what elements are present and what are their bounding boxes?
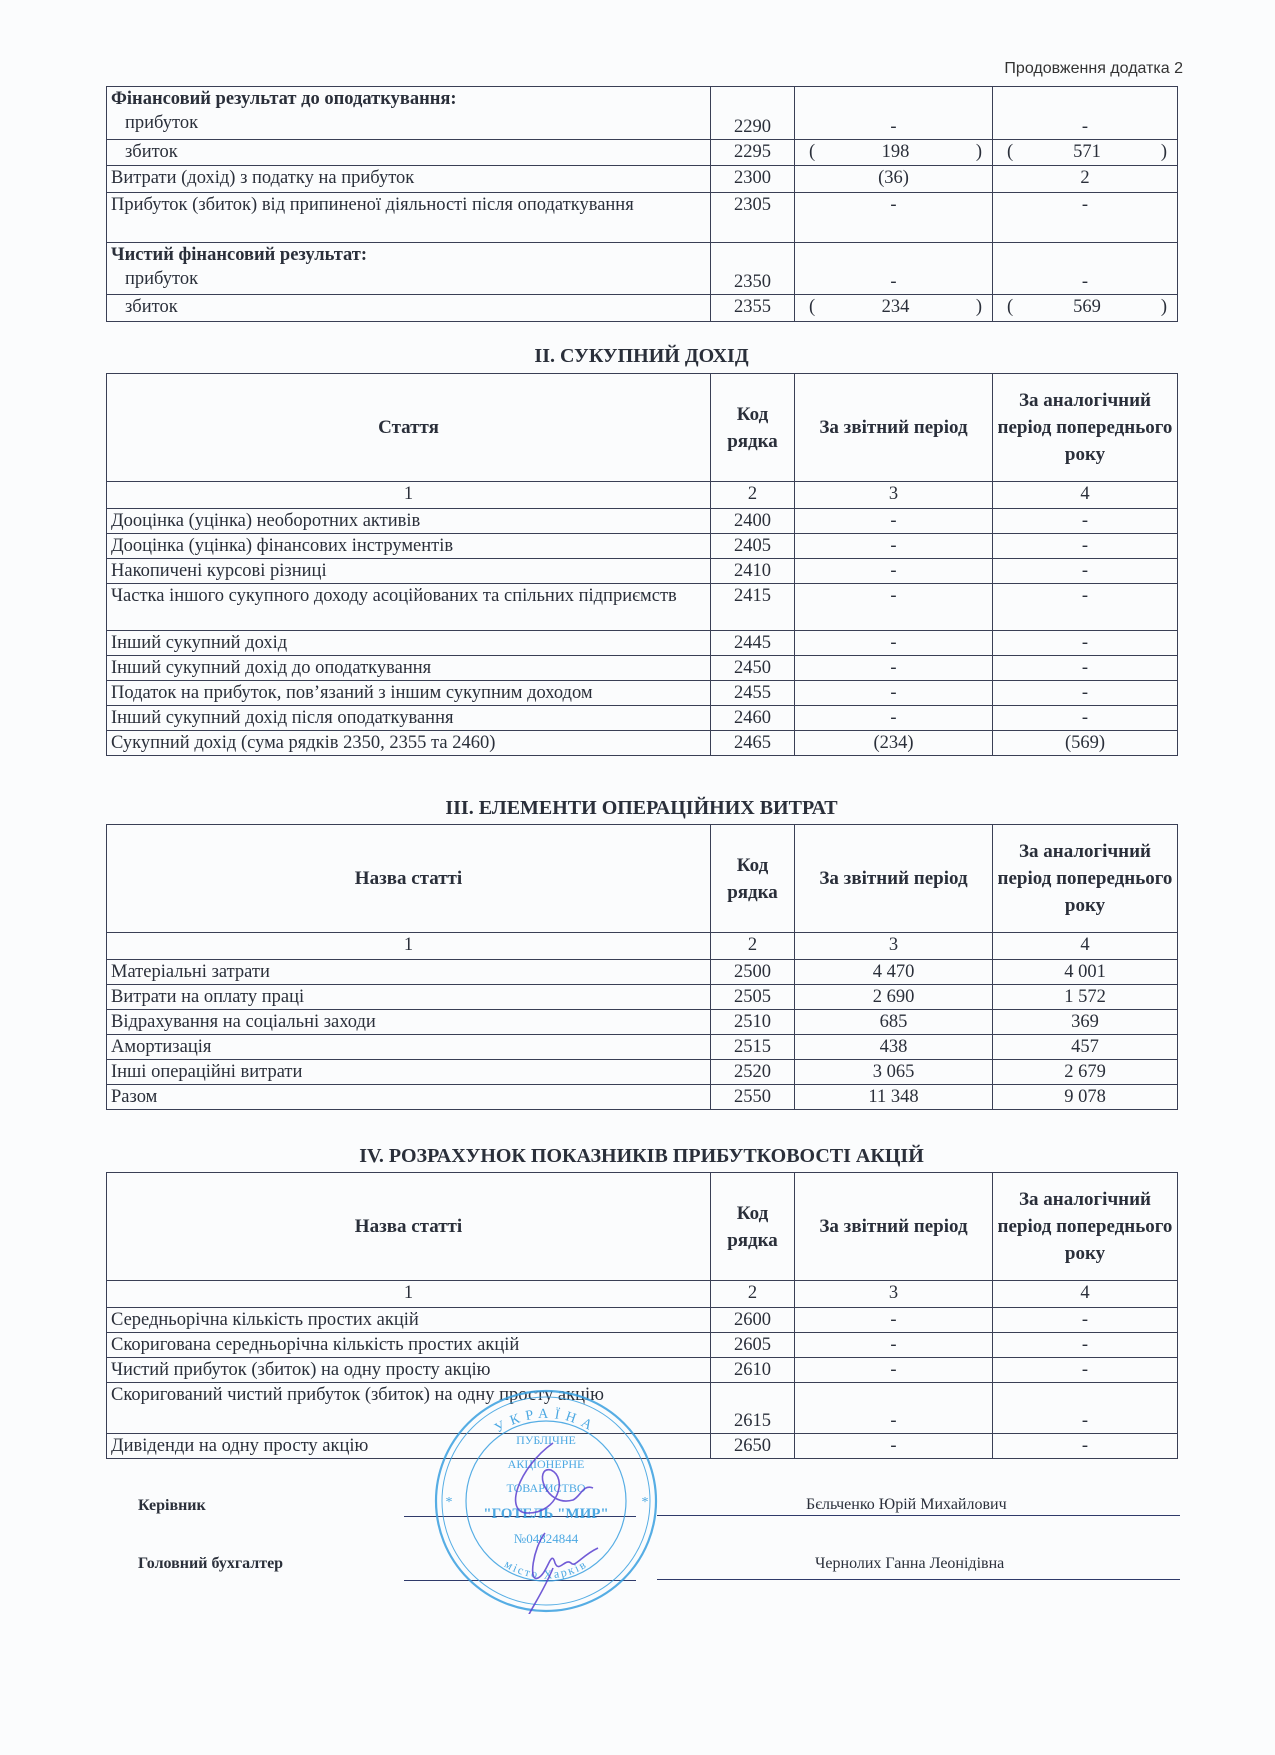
row-code: 2295 [711, 140, 795, 166]
row-value-previous: - [993, 706, 1178, 731]
share-profitability-table: Назва статті Код рядка За звітний період… [106, 1172, 1178, 1459]
row-code: 2305 [711, 193, 795, 243]
table-row: Скоригована середньорічна кількість прос… [107, 1333, 1178, 1358]
row-value-current: 438 [795, 1035, 993, 1060]
section-3-title: III. ЕЛЕМЕНТИ ОПЕРАЦІЙНИХ ВИТРАТ [106, 797, 1177, 820]
row-value-current: - [795, 1383, 993, 1434]
row-code: 2350 [711, 243, 795, 295]
row-label: Інший сукупний дохід до оподаткування [107, 656, 711, 681]
header-previous-period: За аналогічний період попереднього року [993, 374, 1178, 482]
row-value-current: - [795, 509, 993, 534]
table-row: Дивіденди на одну просту акцію2650-- [107, 1434, 1178, 1459]
row-value-previous: (569) [993, 295, 1178, 322]
row-label-cell: Прибуток (збиток) від припиненої діяльно… [107, 193, 711, 243]
accountant-signature-line [404, 1580, 636, 1581]
row-label: Частка іншого сукупного доходу асоційова… [107, 584, 711, 631]
accountant-name-line [657, 1579, 1180, 1580]
row-value-previous: 4 001 [993, 960, 1178, 985]
row-value-previous: - [993, 1434, 1178, 1459]
row-code: 2515 [711, 1035, 795, 1060]
table-row: Частка іншого сукупного доходу асоційова… [107, 584, 1178, 631]
row-value-current: - [795, 584, 993, 631]
table-row: Накопичені курсові різниці2410-- [107, 559, 1178, 584]
svg-text:*: * [446, 1495, 453, 1510]
column-number: 1 [107, 482, 711, 509]
table-row: Податок на прибуток, пов’язаний з іншим … [107, 681, 1178, 706]
table-row: Середньорічна кількість простих акцій260… [107, 1308, 1178, 1333]
row-value-current: - [795, 534, 993, 559]
row-value-current: - [795, 656, 993, 681]
value: 234 [882, 295, 910, 319]
column-number: 4 [993, 1281, 1178, 1308]
header-current-period: За звітний період [795, 1173, 993, 1281]
row-code: 2610 [711, 1358, 795, 1383]
row-code: 2355 [711, 295, 795, 322]
row-label: Витрати (дохід) з податку на прибуток [111, 166, 706, 190]
row-label: Чистий прибуток (збиток) на одну просту … [107, 1358, 711, 1383]
row-value-previous: 457 [993, 1035, 1178, 1060]
row-value-previous: - [993, 243, 1178, 295]
table-row: Амортизація2515438457 [107, 1035, 1178, 1060]
table-row: Фінансовий результат до оподаткування:пр… [107, 87, 1178, 140]
header-previous-period: За аналогічний період попереднього року [993, 825, 1178, 933]
row-value-current: 2 690 [795, 985, 993, 1010]
row-label: Прибуток (збиток) від припиненої діяльно… [111, 193, 706, 217]
director-name: Бєльченко Юрій Михайлович [806, 1496, 1007, 1514]
row-label: Амортизація [107, 1035, 711, 1060]
row-value-previous: - [993, 584, 1178, 631]
row-value-current: (36) [795, 166, 993, 193]
row-value-current: - [795, 243, 993, 295]
table-row: збиток2295(198)(571) [107, 140, 1178, 166]
row-value-current: (234) [795, 731, 993, 756]
row-value-current: - [795, 87, 993, 140]
value: 198 [882, 140, 910, 164]
column-number: 3 [795, 1281, 993, 1308]
row-code: 2300 [711, 166, 795, 193]
header-code: Код рядка [711, 374, 795, 482]
header-article: Назва статті [107, 825, 711, 933]
operating-expenses-table: Назва статті Код рядка За звітний період… [106, 824, 1178, 1110]
row-group-label: Чистий фінансовий результат: [111, 243, 706, 267]
table-row: Інший сукупний дохід до оподаткування245… [107, 656, 1178, 681]
row-label: Інший сукупний дохід [107, 631, 711, 656]
section-2-title: II. СУКУПНИЙ ДОХІД [106, 345, 1177, 368]
director-name-line [657, 1515, 1180, 1516]
row-value-previous: - [993, 87, 1178, 140]
row-value-previous: - [993, 193, 1178, 243]
svg-text:"ГОТЕЛЬ "МИР": "ГОТЕЛЬ "МИР" [483, 1506, 608, 1522]
financial-result-table: Фінансовий результат до оподаткування:пр… [106, 86, 1178, 322]
column-number: 3 [795, 482, 993, 509]
row-value-current: 3 065 [795, 1060, 993, 1085]
director-signature-line [404, 1516, 636, 1517]
row-value-current: - [795, 1333, 993, 1358]
row-value-current: 11 348 [795, 1085, 993, 1110]
row-value-current: 4 470 [795, 960, 993, 985]
row-code: 2615 [711, 1383, 795, 1434]
table-row: Скоригований чистий прибуток (збиток) на… [107, 1383, 1178, 1434]
row-code: 2650 [711, 1434, 795, 1459]
header-current-period: За звітний період [795, 825, 993, 933]
row-value-previous: - [993, 534, 1178, 559]
row-label: збиток [111, 295, 706, 319]
row-code: 2400 [711, 509, 795, 534]
row-value-current: - [795, 1308, 993, 1333]
row-label: Скоригована середньорічна кількість прос… [107, 1333, 711, 1358]
row-code: 2455 [711, 681, 795, 706]
table-row: Інший сукупний дохід2445-- [107, 631, 1178, 656]
row-sublabel: прибуток [111, 111, 706, 135]
row-value-previous: 2 679 [993, 1060, 1178, 1085]
row-value-previous: 9 078 [993, 1085, 1178, 1110]
row-code: 2505 [711, 985, 795, 1010]
column-number: 1 [107, 1281, 711, 1308]
table-row: Витрати на оплату праці25052 6901 572 [107, 985, 1178, 1010]
column-number: 1 [107, 933, 711, 960]
row-label: Інший сукупний дохід після оподаткування [107, 706, 711, 731]
comprehensive-income-table: Стаття Код рядка За звітний період За ан… [106, 373, 1178, 756]
table-row: Дооцінка (уцінка) необоротних активів240… [107, 509, 1178, 534]
row-code: 2445 [711, 631, 795, 656]
row-value-current: - [795, 193, 993, 243]
table-row: Прибуток (збиток) від припиненої діяльно… [107, 193, 1178, 243]
table-row: Чистий прибуток (збиток) на одну просту … [107, 1358, 1178, 1383]
table-row: Відрахування на соціальні заходи25106853… [107, 1010, 1178, 1035]
row-label: Податок на прибуток, пов’язаний з іншим … [107, 681, 711, 706]
table-row: Інші операційні витрати25203 0652 679 [107, 1060, 1178, 1085]
open-paren: ( [1007, 295, 1013, 319]
row-label: збиток [111, 140, 706, 164]
row-value-previous: 1 572 [993, 985, 1178, 1010]
row-value-current: - [795, 559, 993, 584]
row-label: Скоригований чистий прибуток (збиток) на… [107, 1383, 711, 1434]
row-label: Дивіденди на одну просту акцію [107, 1434, 711, 1459]
director-label: Керівник [138, 1497, 206, 1515]
row-value-previous: - [993, 631, 1178, 656]
table-row: Разом255011 3489 078 [107, 1085, 1178, 1110]
row-code: 2600 [711, 1308, 795, 1333]
table-row: Сукупний дохід (сума рядків 2350, 2355 т… [107, 731, 1178, 756]
row-label: Інші операційні витрати [107, 1060, 711, 1085]
header-article: Назва статті [107, 1173, 711, 1281]
row-value-previous: - [993, 559, 1178, 584]
column-number: 2 [711, 482, 795, 509]
row-value-previous: - [993, 681, 1178, 706]
row-value-previous: 2 [993, 166, 1178, 193]
row-value-current: - [795, 631, 993, 656]
row-group-label: Фінансовий результат до оподаткування: [111, 87, 706, 111]
row-value-current: 685 [795, 1010, 993, 1035]
row-value-current: - [795, 706, 993, 731]
row-label: Разом [107, 1085, 711, 1110]
table-row: Матеріальні затрати25004 4704 001 [107, 960, 1178, 985]
row-value-previous: - [993, 1333, 1178, 1358]
value: 569 [1073, 295, 1101, 319]
table-row: Чистий фінансовий результат:прибуток2350… [107, 243, 1178, 295]
row-value-previous: (569) [993, 731, 1178, 756]
close-paren: ) [1161, 295, 1167, 319]
svg-text:АКЦІОНЕРНЕ: АКЦІОНЕРНЕ [508, 1457, 585, 1471]
row-code: 2415 [711, 584, 795, 631]
section-4-title: IV. РОЗРАХУНОК ПОКАЗНИКІВ ПРИБУТКОВОСТІ … [106, 1145, 1177, 1168]
header-previous-period: За аналогічний період попереднього року [993, 1173, 1178, 1281]
row-label: Витрати на оплату праці [107, 985, 711, 1010]
row-code: 2550 [711, 1085, 795, 1110]
table-row: збиток2355(234)(569) [107, 295, 1178, 322]
column-number: 4 [993, 933, 1178, 960]
row-label: Матеріальні затрати [107, 960, 711, 985]
svg-text:ТОВАРИСТВО: ТОВАРИСТВО [506, 1481, 585, 1495]
row-value-previous: 369 [993, 1010, 1178, 1035]
open-paren: ( [809, 140, 815, 164]
row-code: 2510 [711, 1010, 795, 1035]
column-number: 4 [993, 482, 1178, 509]
row-code: 2410 [711, 559, 795, 584]
close-paren: ) [1161, 140, 1167, 164]
row-label: Середньорічна кількість простих акцій [107, 1308, 711, 1333]
row-label-cell: збиток [107, 295, 711, 322]
row-label: Дооцінка (уцінка) фінансових інструменті… [107, 534, 711, 559]
close-paren: ) [976, 295, 982, 319]
row-code: 2450 [711, 656, 795, 681]
continuation-label: Продовження додатка 2 [1004, 60, 1183, 78]
accountant-label: Головний бухгалтер [138, 1555, 283, 1573]
row-code: 2520 [711, 1060, 795, 1085]
row-label: Дооцінка (уцінка) необоротних активів [107, 509, 711, 534]
svg-text:місто Харків: місто Харків [502, 1557, 590, 1582]
svg-text:№04824844: №04824844 [514, 1531, 579, 1546]
row-value-previous: - [993, 1358, 1178, 1383]
column-number: 2 [711, 1281, 795, 1308]
row-code: 2465 [711, 731, 795, 756]
row-value-previous: (571) [993, 140, 1178, 166]
row-code: 2460 [711, 706, 795, 731]
row-value-current: (234) [795, 295, 993, 322]
row-label: Накопичені курсові різниці [107, 559, 711, 584]
row-value-previous: - [993, 656, 1178, 681]
column-number: 3 [795, 933, 993, 960]
row-value-previous: - [993, 1308, 1178, 1333]
row-label-cell: Фінансовий результат до оподаткування:пр… [107, 87, 711, 140]
svg-text:*: * [642, 1495, 649, 1510]
header-article: Стаття [107, 374, 711, 482]
table-row: Витрати (дохід) з податку на прибуток230… [107, 166, 1178, 193]
close-paren: ) [976, 140, 982, 164]
row-value-current: - [795, 1434, 993, 1459]
header-code: Код рядка [711, 1173, 795, 1281]
row-sublabel: прибуток [111, 267, 706, 291]
row-label-cell: Чистий фінансовий результат:прибуток [107, 243, 711, 295]
row-value-previous: - [993, 1383, 1178, 1434]
row-value-current: - [795, 681, 993, 706]
value: 571 [1073, 140, 1101, 164]
row-value-current: - [795, 1358, 993, 1383]
open-paren: ( [809, 295, 815, 319]
row-label: Відрахування на соціальні заходи [107, 1010, 711, 1035]
row-label-cell: Витрати (дохід) з податку на прибуток [107, 166, 711, 193]
open-paren: ( [1007, 140, 1013, 164]
table-row: Інший сукупний дохід після оподаткування… [107, 706, 1178, 731]
accountant-name: Чернолих Ганна Леонідівна [815, 1555, 1004, 1573]
column-number: 2 [711, 933, 795, 960]
row-label: Сукупний дохід (сума рядків 2350, 2355 т… [107, 731, 711, 756]
row-code: 2290 [711, 87, 795, 140]
row-value-current: (198) [795, 140, 993, 166]
row-code: 2605 [711, 1333, 795, 1358]
row-value-previous: - [993, 509, 1178, 534]
header-code: Код рядка [711, 825, 795, 933]
table-row: Дооцінка (уцінка) фінансових інструменті… [107, 534, 1178, 559]
row-code: 2405 [711, 534, 795, 559]
row-label-cell: збиток [107, 140, 711, 166]
header-current-period: За звітний період [795, 374, 993, 482]
row-code: 2500 [711, 960, 795, 985]
signature-scribble [516, 1443, 598, 1614]
